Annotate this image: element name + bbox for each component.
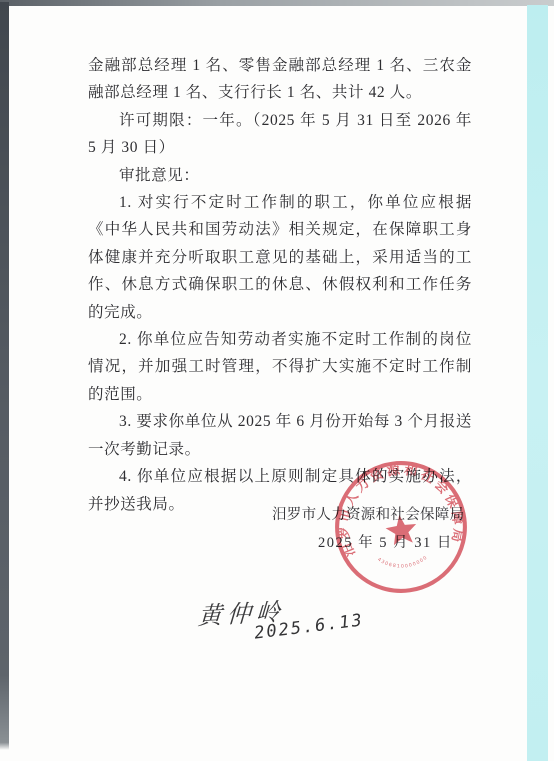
- paragraph-approval-heading: 审批意见：: [88, 162, 472, 189]
- paragraph-item-2: 2. 你单位应告知劳动者实施不定时工作制的岗位情况，并加强工时管理，不得扩大实施…: [88, 326, 472, 408]
- seal-code: 4306810000000: [376, 550, 431, 573]
- seal-star: [384, 513, 419, 546]
- scan-edge-right-strip: [527, 5, 548, 761]
- official-seal: 汨罗市人力资源和社会保障局 4306810000000: [321, 447, 481, 607]
- paragraph-permit-period: 许可期限：一年。（2025 年 5 月 31 日至 2026 年 5 月 30 …: [88, 107, 472, 162]
- official-seal-graphic: 汨罗市人力资源和社会保障局 4306810000000: [321, 447, 481, 607]
- paragraph-continuation: 金融部总经理 1 名、零售金融部总经理 1 名、三农金融部总经理 1 名、支行行…: [88, 52, 472, 107]
- seal-arc-text: 汨罗市人力资源和社会保障局: [326, 453, 470, 564]
- scan-edge-left: [0, 2, 9, 750]
- scan-edge-top: [0, 0, 554, 6]
- scanned-document-page: 金融部总经理 1 名、零售金融部总经理 1 名、三农金融部总经理 1 名、支行行…: [0, 0, 554, 761]
- paragraph-item-1: 1. 对实行不定时工作制的职工，你单位应根据《中华人民共和国劳动法》相关规定，在…: [88, 189, 472, 326]
- document-body: 金融部总经理 1 名、零售金融部总经理 1 名、三农金融部总经理 1 名、支行行…: [88, 52, 472, 518]
